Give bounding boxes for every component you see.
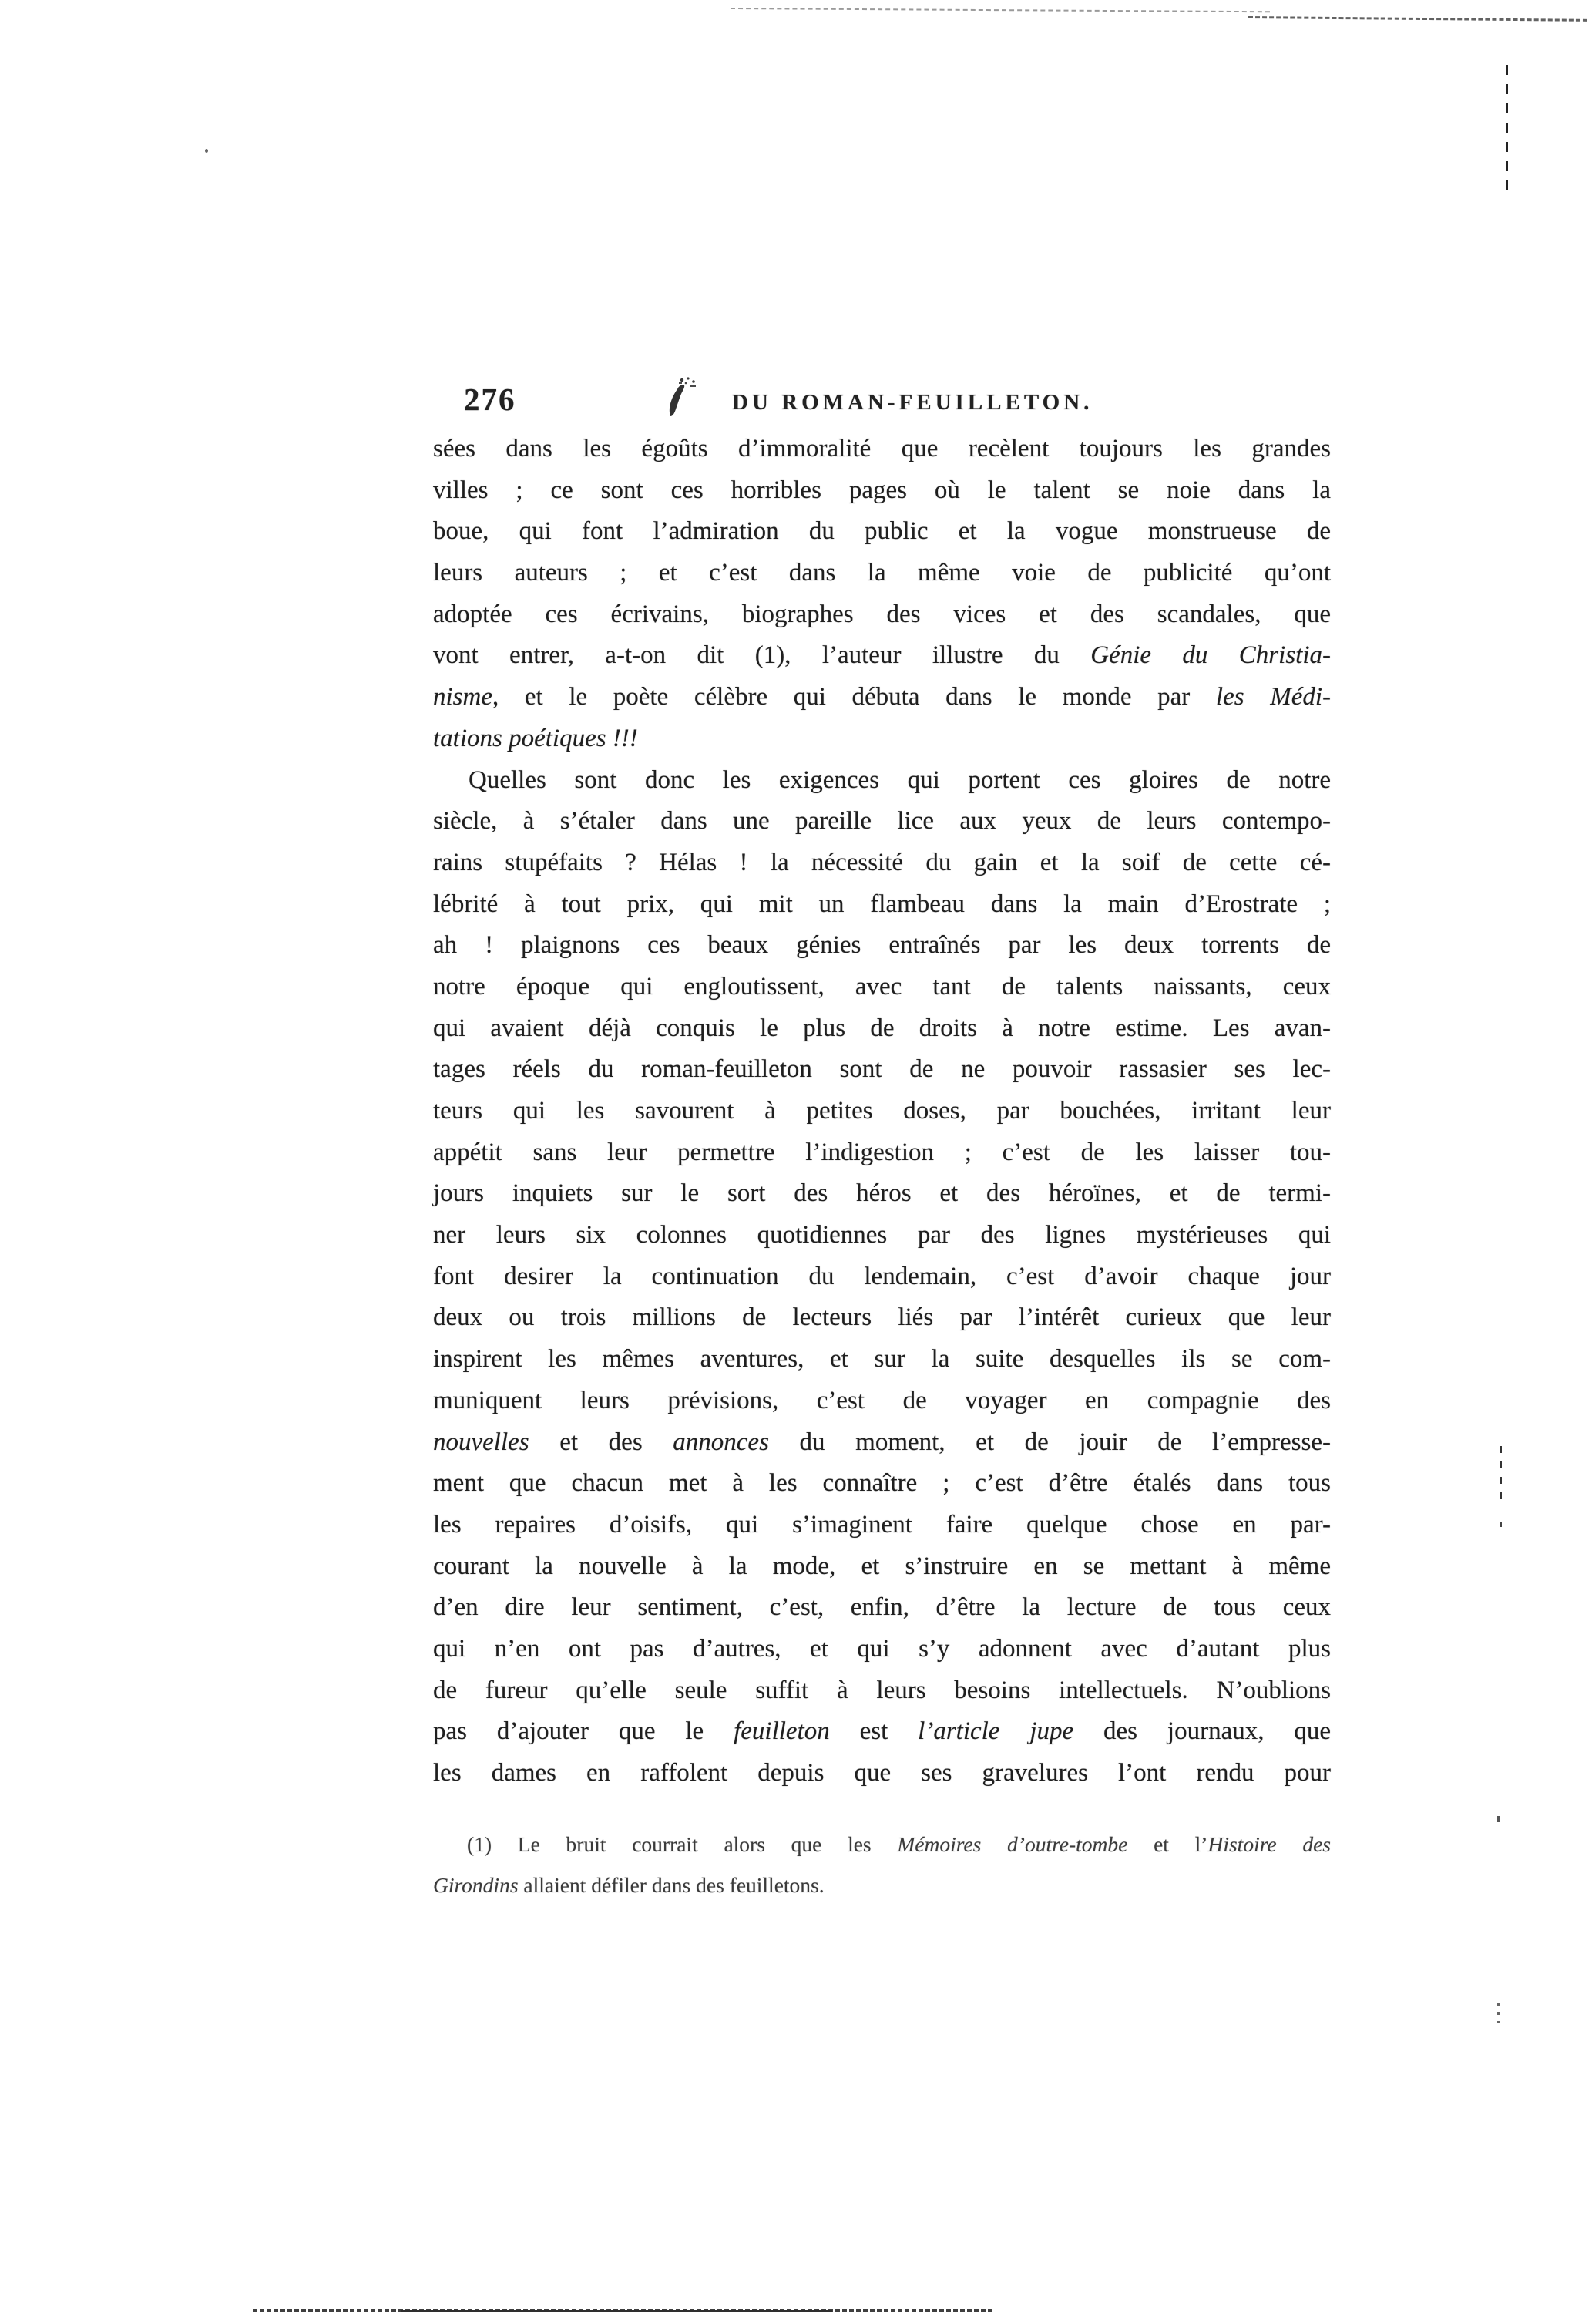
footnote: (1) Le bruit courrait alors que les Mémo… bbox=[433, 1824, 1331, 1905]
ink-smudge-shape bbox=[660, 375, 707, 422]
body-line-22: deux ou trois millions de lecteurs liés … bbox=[433, 1297, 1331, 1339]
body-line-18: appétit sans leur permettre l’indigestio… bbox=[433, 1132, 1331, 1174]
body-line-7: nisme, et le poète célèbre qui débuta da… bbox=[433, 677, 1331, 718]
body-line-9: Quelles sont donc les exigences qui port… bbox=[433, 760, 1331, 802]
body-line-13: ah ! plaignons ces beaux génies entraîné… bbox=[433, 925, 1331, 967]
body-line-30: qui n’en ont pas d’autres, et qui s’y ad… bbox=[433, 1629, 1331, 1670]
body-line-31: de fureur qu’elle seule suffit à leurs b… bbox=[433, 1670, 1331, 1712]
body-line-21: font desirer la continuation du lendemai… bbox=[433, 1256, 1331, 1298]
footnote-line-1: (1) Le bruit courrait alors que les Mémo… bbox=[433, 1824, 1331, 1865]
body-line-15: qui avaient déjà conquis le plus de droi… bbox=[433, 1008, 1331, 1050]
body-line-11: rains stupéfaits ? Hélas ! la nécessité … bbox=[433, 842, 1331, 884]
scan-speck bbox=[205, 149, 208, 153]
scan-artifact-right-dot-2 bbox=[1497, 1816, 1500, 1822]
scan-artifact-top-dashes-dark bbox=[1248, 16, 1587, 22]
scan-artifact-bottom-solid-line bbox=[401, 2310, 832, 2312]
body-line-17: teurs qui les savourent à petites doses,… bbox=[433, 1091, 1331, 1132]
body-line-5: adoptée ces écrivains, biographes des vi… bbox=[433, 594, 1331, 636]
body-line-6: vont entrer, a-t-on dit (1), l’auteur il… bbox=[433, 635, 1331, 677]
body-line-26: ment que chacun met à les connaître ; c’… bbox=[433, 1463, 1331, 1505]
body-line-29: d’en dire leur sentiment, c’est, enfin, … bbox=[433, 1587, 1331, 1629]
body-line-2: villes ; ce sont ces horribles pages où … bbox=[433, 470, 1331, 512]
body-line-3: boue, qui font l’admiration du public et… bbox=[433, 511, 1331, 553]
body-line-28: courant la nouvelle à la mode, et s’inst… bbox=[433, 1546, 1331, 1588]
scan-artifact-right-dashes-lower bbox=[1497, 2003, 1500, 2023]
scan-artifact-right-dashes-upper bbox=[1506, 65, 1508, 192]
body-line-33: les dames en raffolent depuis que ses gr… bbox=[433, 1753, 1331, 1794]
running-header-title: DU ROMAN-FEUILLETON. bbox=[732, 390, 1093, 415]
scan-artifact-top-dashes-faint bbox=[731, 8, 1270, 12]
footnote-line-2: Girondins allaient défiler dans des feui… bbox=[433, 1865, 1331, 1905]
body-line-16: tages réels du roman-feuilleton sont de … bbox=[433, 1049, 1331, 1091]
body-line-24: muniquent leurs prévisions, c’est de voy… bbox=[433, 1381, 1331, 1422]
body-line-4: leurs auteurs ; et c’est dans la même vo… bbox=[433, 553, 1331, 594]
book-page: 276 DU ROMAN-FEUILLETON. sées dans les é… bbox=[0, 0, 1592, 2324]
page-number: 276 bbox=[464, 381, 516, 418]
body-line-12: lébrité à tout prix, qui mit un flambeau… bbox=[433, 884, 1331, 926]
body-line-25: nouvelles et des annonces du moment, et … bbox=[433, 1422, 1331, 1464]
scan-artifact-right-dot-1 bbox=[1500, 1522, 1502, 1527]
scan-artifact-right-dashes-middle bbox=[1500, 1446, 1502, 1502]
body-line-23: inspirent les mêmes aventures, et sur la… bbox=[433, 1339, 1331, 1381]
body-text: sées dans les égoûts d’immoralité que re… bbox=[433, 429, 1331, 1794]
body-line-8: tations poétiques !!! bbox=[433, 718, 1331, 760]
body-line-27: les repaires d’oisifs, qui s’imaginent f… bbox=[433, 1505, 1331, 1546]
ink-smudge bbox=[660, 375, 707, 422]
body-line-14: notre époque qui engloutissent, avec tan… bbox=[433, 967, 1331, 1008]
body-line-1: sées dans les égoûts d’immoralité que re… bbox=[433, 429, 1331, 470]
body-line-20: ner leurs six colonnes quotidiennes par … bbox=[433, 1215, 1331, 1256]
body-line-19: jours inquiets sur le sort des héros et … bbox=[433, 1173, 1331, 1215]
body-line-32: pas d’ajouter que le feuilleton est l’ar… bbox=[433, 1711, 1331, 1753]
body-line-10: siècle, à s’étaler dans une pareille lic… bbox=[433, 801, 1331, 842]
